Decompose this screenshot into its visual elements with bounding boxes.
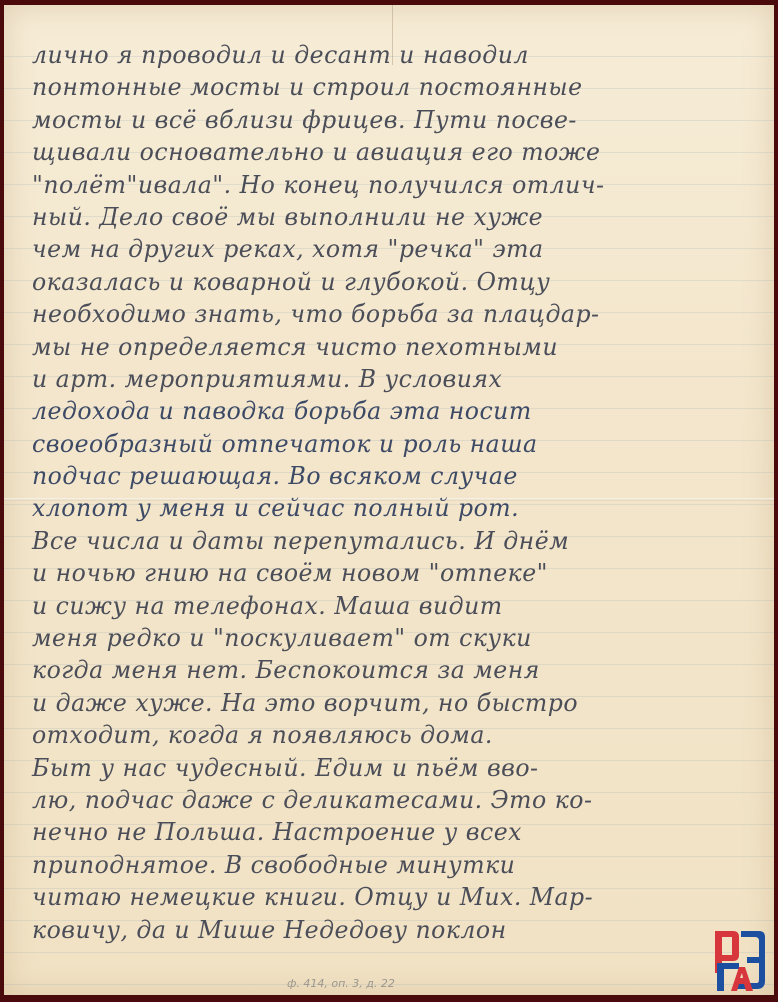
text-line: ный. Дело своё мы выполнили не хуже xyxy=(32,201,754,233)
text-line: чем на других реках, хотя "речка" эта xyxy=(32,233,754,265)
text-line: лично я проводил и десант и наводил xyxy=(32,39,754,71)
archive-reference: ф. 414, оп. 3, д. 22 xyxy=(287,977,395,990)
text-line: и ночью гнию на своём новом "отпеке" xyxy=(32,557,754,589)
text-line: Все числа и даты перепутались. И днём xyxy=(32,525,754,557)
text-line: мы не определяется чисто пехотными xyxy=(32,331,754,363)
text-line: подчас решающая. Во всяком случае xyxy=(32,460,754,492)
text-line: меня редко и "поскуливает" от скуки xyxy=(32,622,754,654)
text-line: понтонные мосты и строил постоянные xyxy=(32,71,754,103)
text-line: хлопот у меня и сейчас полный рот. xyxy=(32,492,754,524)
text-line: своеобразный отпечаток и роль наша xyxy=(32,428,754,460)
text-line: мосты и всё вблизи фрицев. Пути посве- xyxy=(32,104,754,136)
text-line: отходит, когда я появляюсь дома. xyxy=(32,719,754,751)
handwritten-text: лично я проводил и десант и наводил понт… xyxy=(32,39,767,946)
text-line: когда меня нет. Беспокоится за меня xyxy=(32,654,754,686)
letter-page: лично я проводил и десант и наводил понт… xyxy=(4,5,774,995)
text-line: "полёт"ивала". Но конец получился отлич- xyxy=(32,169,754,201)
text-line: и сижу на телефонах. Маша видит xyxy=(32,590,754,622)
text-line: Быт у нас чудесный. Едим и пьём вво- xyxy=(32,752,754,784)
text-line: оказалась и коварной и глубокой. Отцу xyxy=(32,266,754,298)
rgae-archive-logo-icon xyxy=(711,927,767,993)
text-line: лю, подчас даже с деликатесами. Это ко- xyxy=(32,784,754,816)
text-line: нечно не Польша. Настроение у всех xyxy=(32,816,754,848)
text-line: ледохода и паводка борьба эта носит xyxy=(32,395,754,427)
text-line: и арт. мероприятиями. В условиях xyxy=(32,363,754,395)
text-line: щивали основательно и авиация его тоже xyxy=(32,136,754,168)
text-line: ковичу, да и Мише Недедову поклон xyxy=(32,914,754,946)
text-line: приподнятое. В свободные минутки xyxy=(32,849,754,881)
text-line: и даже хуже. На это ворчит, но быстро xyxy=(32,687,754,719)
text-line: читаю немецкие книги. Отцу и Мих. Мар- xyxy=(32,881,754,913)
text-line: необходимо знать, что борьба за плацдар- xyxy=(32,298,754,330)
